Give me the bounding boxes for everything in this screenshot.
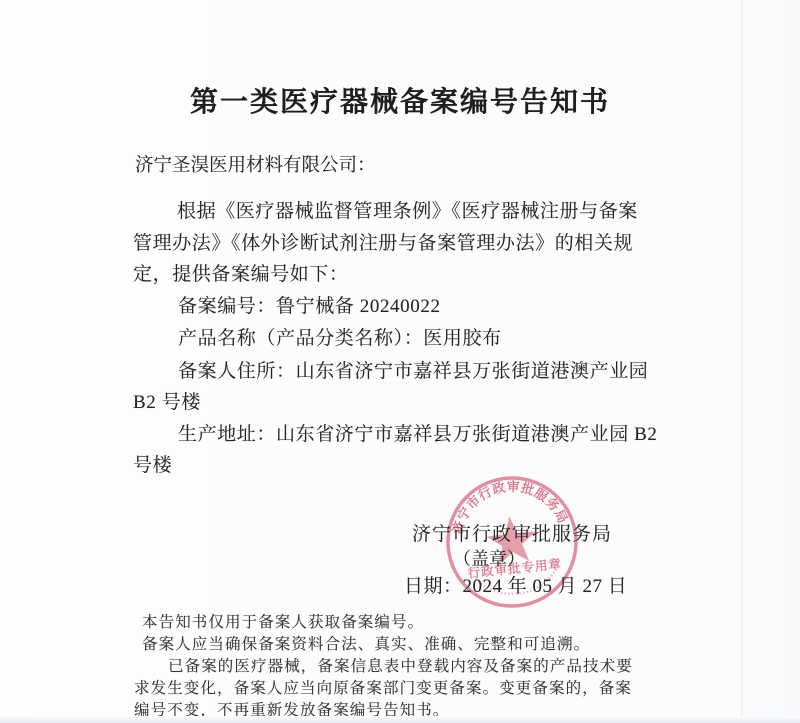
registrant-address-line: B2 号楼 <box>133 387 201 414</box>
body-line: 定，提供备案编号如下： <box>133 259 349 286</box>
product-name-line: 产品名称（产品分类名称）：医用胶布 <box>178 323 502 350</box>
seal-here-note: （盖章） <box>453 545 525 571</box>
registration-number-line: 备案编号：鲁宁械备 20240022 <box>178 291 441 318</box>
production-address-line: 号楼 <box>133 450 172 477</box>
issue-date-line: 日期：2024 年 05 月 27 日 <box>404 571 627 598</box>
recipient-line: 济宁圣淏医用材料有限公司： <box>135 151 376 177</box>
note-line: 本告知书仅用于备案人获取备案编号。 <box>142 610 424 632</box>
issuing-agency-name: 济宁市行政审批服务局 <box>412 519 612 546</box>
body-line: 根据《医疗器械监督管理条例》《医疗器械注册与备案 <box>177 196 638 223</box>
scan-page-edge <box>741 0 743 723</box>
note-line: 备案人应当确保备案资料合法、真实、准确、完整和可追溯。 <box>142 632 590 654</box>
note-line: 已备案的医疗器械，备案信息表中登载内容及备案的产品技术要 <box>168 654 633 676</box>
document-title: 第一类医疗器械备案编号告知书 <box>0 80 800 120</box>
registrant-address-line: 备案人住所：山东省济宁市嘉祥县万张街道港澳产业园 <box>178 356 648 383</box>
note-line: 求发生变化，备案人应当向原备案部门变更备案。变更备案的，备案 <box>134 676 632 698</box>
production-address-line: 生产地址：山东省济宁市嘉祥县万张街道港澳产业园 B2 <box>178 419 658 446</box>
scanned-document-page: 第一类医疗器械备案编号告知书 济宁圣淏医用材料有限公司： 根据《医疗器械监督管理… <box>0 0 800 723</box>
scan-bottom-strip <box>0 716 800 723</box>
body-line: 管理办法》《体外诊断试剂注册与备案管理办法》的相关规 <box>133 228 633 255</box>
